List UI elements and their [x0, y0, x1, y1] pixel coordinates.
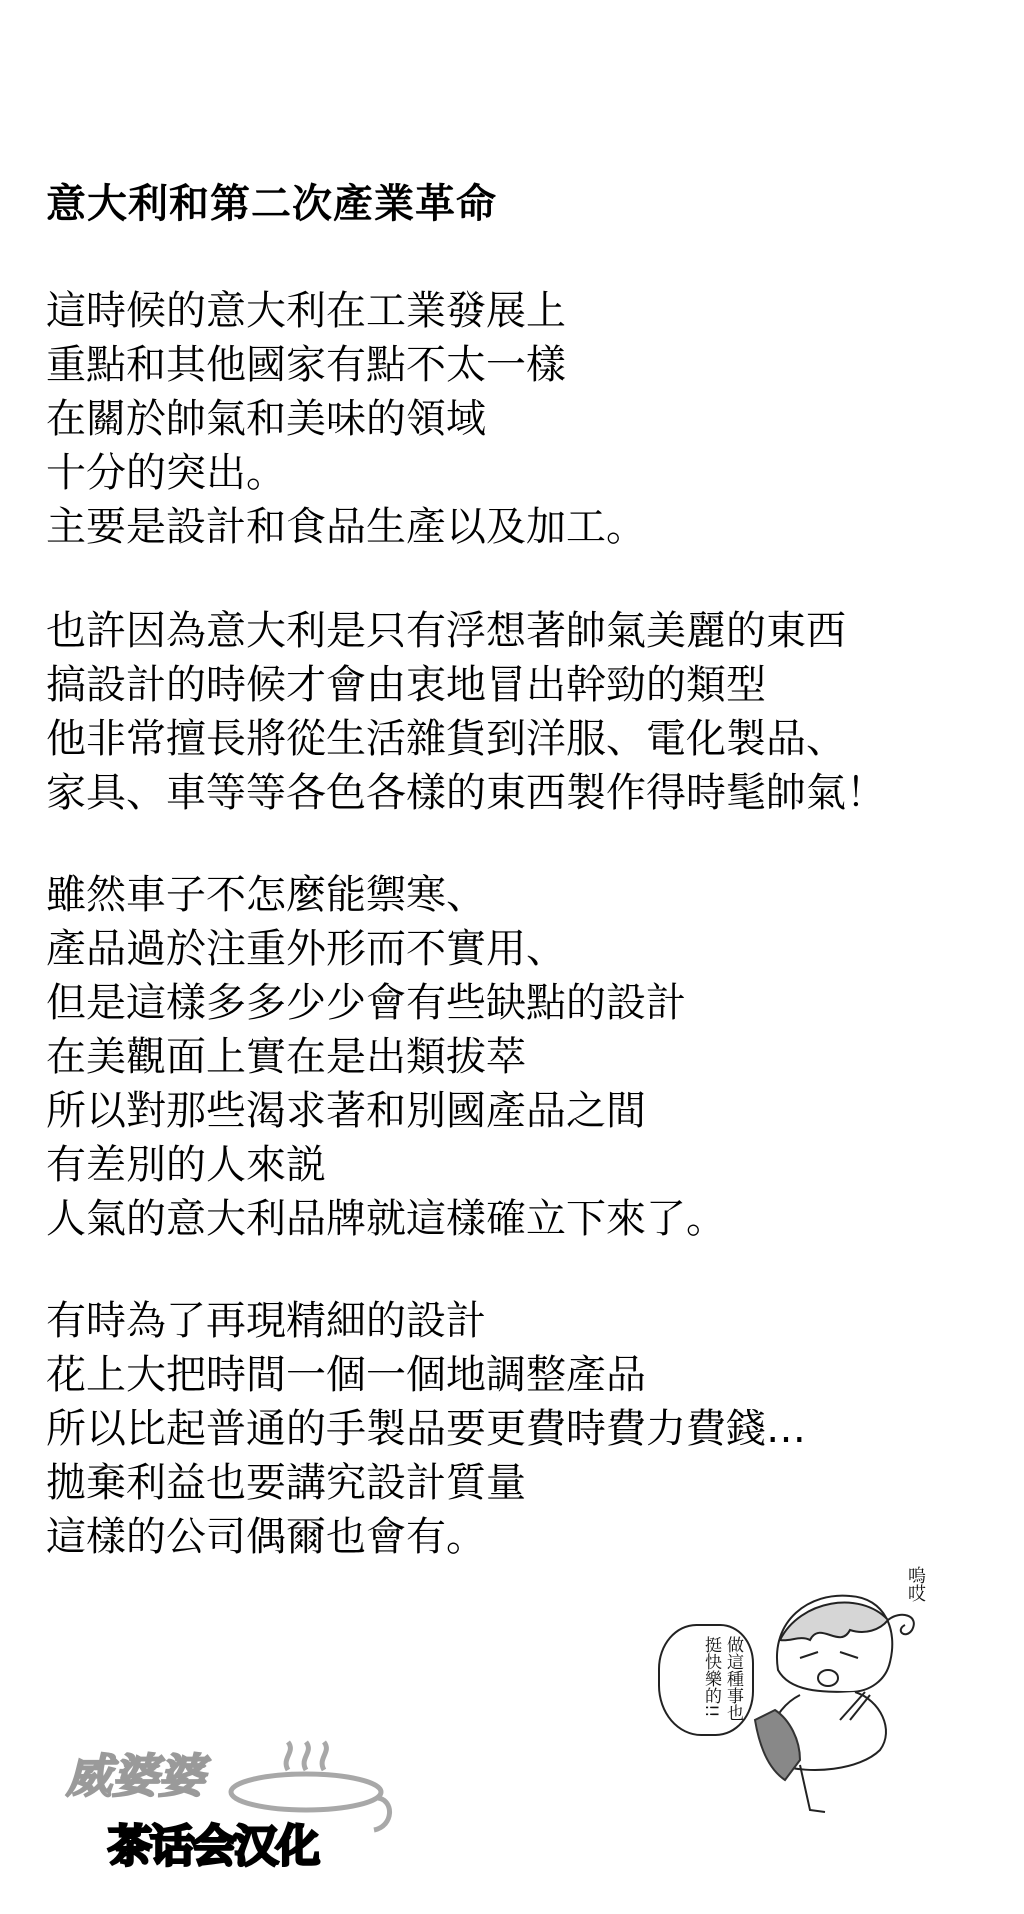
logo-top-text: 威婆婆	[66, 1740, 204, 1806]
text-line: 家具、車等等各色各樣的東西製作得時髦帥氣！	[46, 766, 886, 820]
paragraph-4: 有時為了再現精細的設計 花上大把時間一個一個地調整產品 所以比起普通的手製品要更…	[46, 1294, 806, 1564]
text-line: 雖然車子不怎麼能禦寒、	[46, 868, 726, 922]
text-line: 也許因為意大利是只有浮想著帥氣美麗的東西	[46, 604, 886, 658]
scanlation-group-logo: 威婆婆 茶话会汉化	[56, 1740, 396, 1890]
text-line: 花上大把時間一個一個地調整產品	[46, 1348, 806, 1402]
text-line: 這樣的公司偶爾也會有。	[46, 1510, 806, 1564]
chibi-character-illustration: 做這種事也挺快樂的!! 嗚哎	[650, 1580, 960, 1830]
text-line: 十分的突出。	[46, 446, 646, 500]
text-line: 重點和其他國家有點不太一樣	[46, 338, 646, 392]
text-line: 拋棄利益也要講究設計質量	[46, 1456, 806, 1510]
paragraph-2: 也許因為意大利是只有浮想著帥氣美麗的東西 搞設計的時候才會由衷地冒出幹勁的類型 …	[46, 604, 886, 820]
text-line: 搞設計的時候才會由衷地冒出幹勁的類型	[46, 658, 886, 712]
text-line: 在關於帥氣和美味的領域	[46, 392, 646, 446]
character-drawing-icon	[650, 1580, 960, 1830]
paragraph-1: 這時候的意大利在工業發展上 重點和其他國家有點不太一樣 在關於帥氣和美味的領域 …	[46, 284, 646, 554]
page-title: 意大利和第二次產業革命	[46, 172, 497, 229]
text-line: 有差別的人來説	[46, 1138, 726, 1192]
text-line: 這時候的意大利在工業發展上	[46, 284, 646, 338]
text-line: 產品過於注重外形而不實用、	[46, 922, 726, 976]
logo-bottom-text: 茶话会汉化	[108, 1810, 318, 1874]
text-line: 他非常擅長將從生活雜貨到洋服、電化製品、	[46, 712, 886, 766]
text-line: 所以比起普通的手製品要更費時費力費錢…	[46, 1402, 806, 1456]
paragraph-3: 雖然車子不怎麼能禦寒、 產品過於注重外形而不實用、 但是這樣多多少少會有些缺點的…	[46, 868, 726, 1246]
text-line: 所以對那些渴求著和別國產品之間	[46, 1084, 726, 1138]
text-line: 主要是設計和食品生產以及加工。	[46, 500, 646, 554]
text-line: 但是這樣多多少少會有些缺點的設計	[46, 976, 726, 1030]
text-line: 人氣的意大利品牌就這樣確立下來了。	[46, 1192, 726, 1246]
text-line: 有時為了再現精細的設計	[46, 1294, 806, 1348]
text-line: 在美觀面上實在是出類拔萃	[46, 1030, 726, 1084]
